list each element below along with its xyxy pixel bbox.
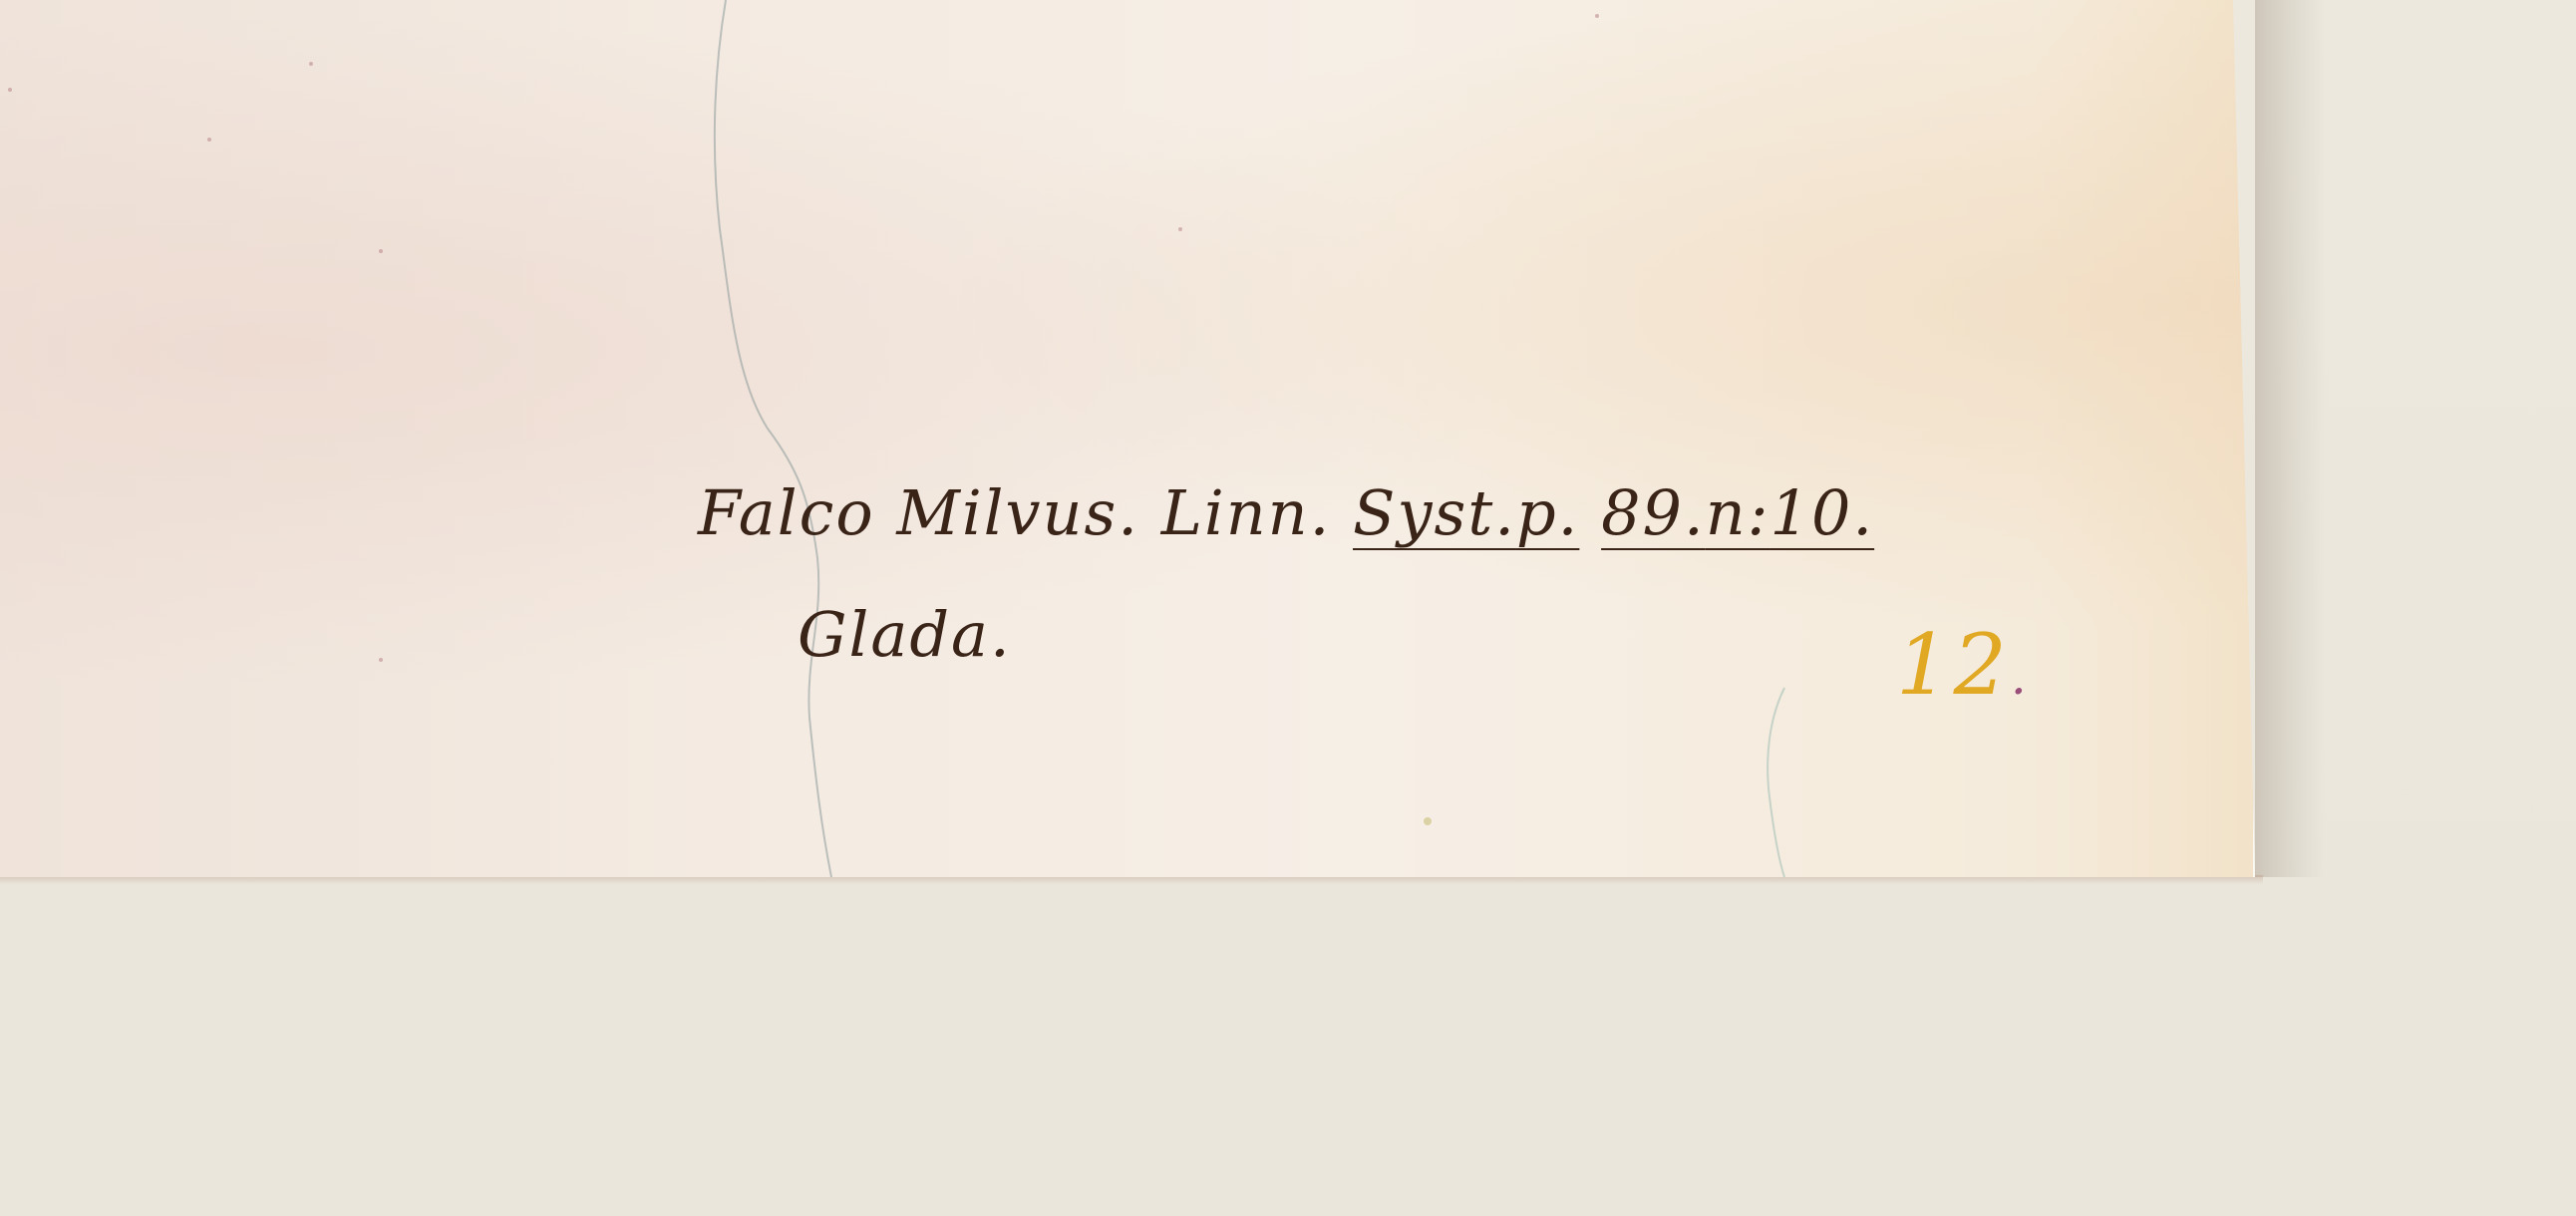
number-value: 10. (1771, 476, 1875, 549)
reference-prefix: Linn. (1161, 476, 1332, 549)
species-name: Falco Milvus. (698, 476, 1139, 549)
plate-number-dot: . (2011, 648, 2027, 706)
label-line-vernacular: Glada. (798, 598, 1012, 671)
page-number: 89. (1601, 476, 1706, 549)
paper-sheet: Falco Milvus. Linn. Syst.p. 89.n:10. Gla… (0, 0, 2256, 879)
number-label: n: (1706, 476, 1771, 549)
plate-number: 12. (1896, 616, 2027, 714)
paper-crease (0, 0, 2253, 877)
vernacular-name: Glada. (798, 598, 1012, 671)
label-line-species: Falco Milvus. Linn. Syst.p. 89.n:10. (698, 476, 1874, 549)
reference-work: Syst. (1353, 476, 1516, 549)
page-label: p. (1516, 476, 1579, 549)
photo-stage: Falco Milvus. Linn. Syst.p. 89.n:10. Gla… (0, 0, 2576, 1216)
sheet-shadow (2255, 0, 2325, 877)
plate-number-value: 12 (1896, 616, 2011, 714)
